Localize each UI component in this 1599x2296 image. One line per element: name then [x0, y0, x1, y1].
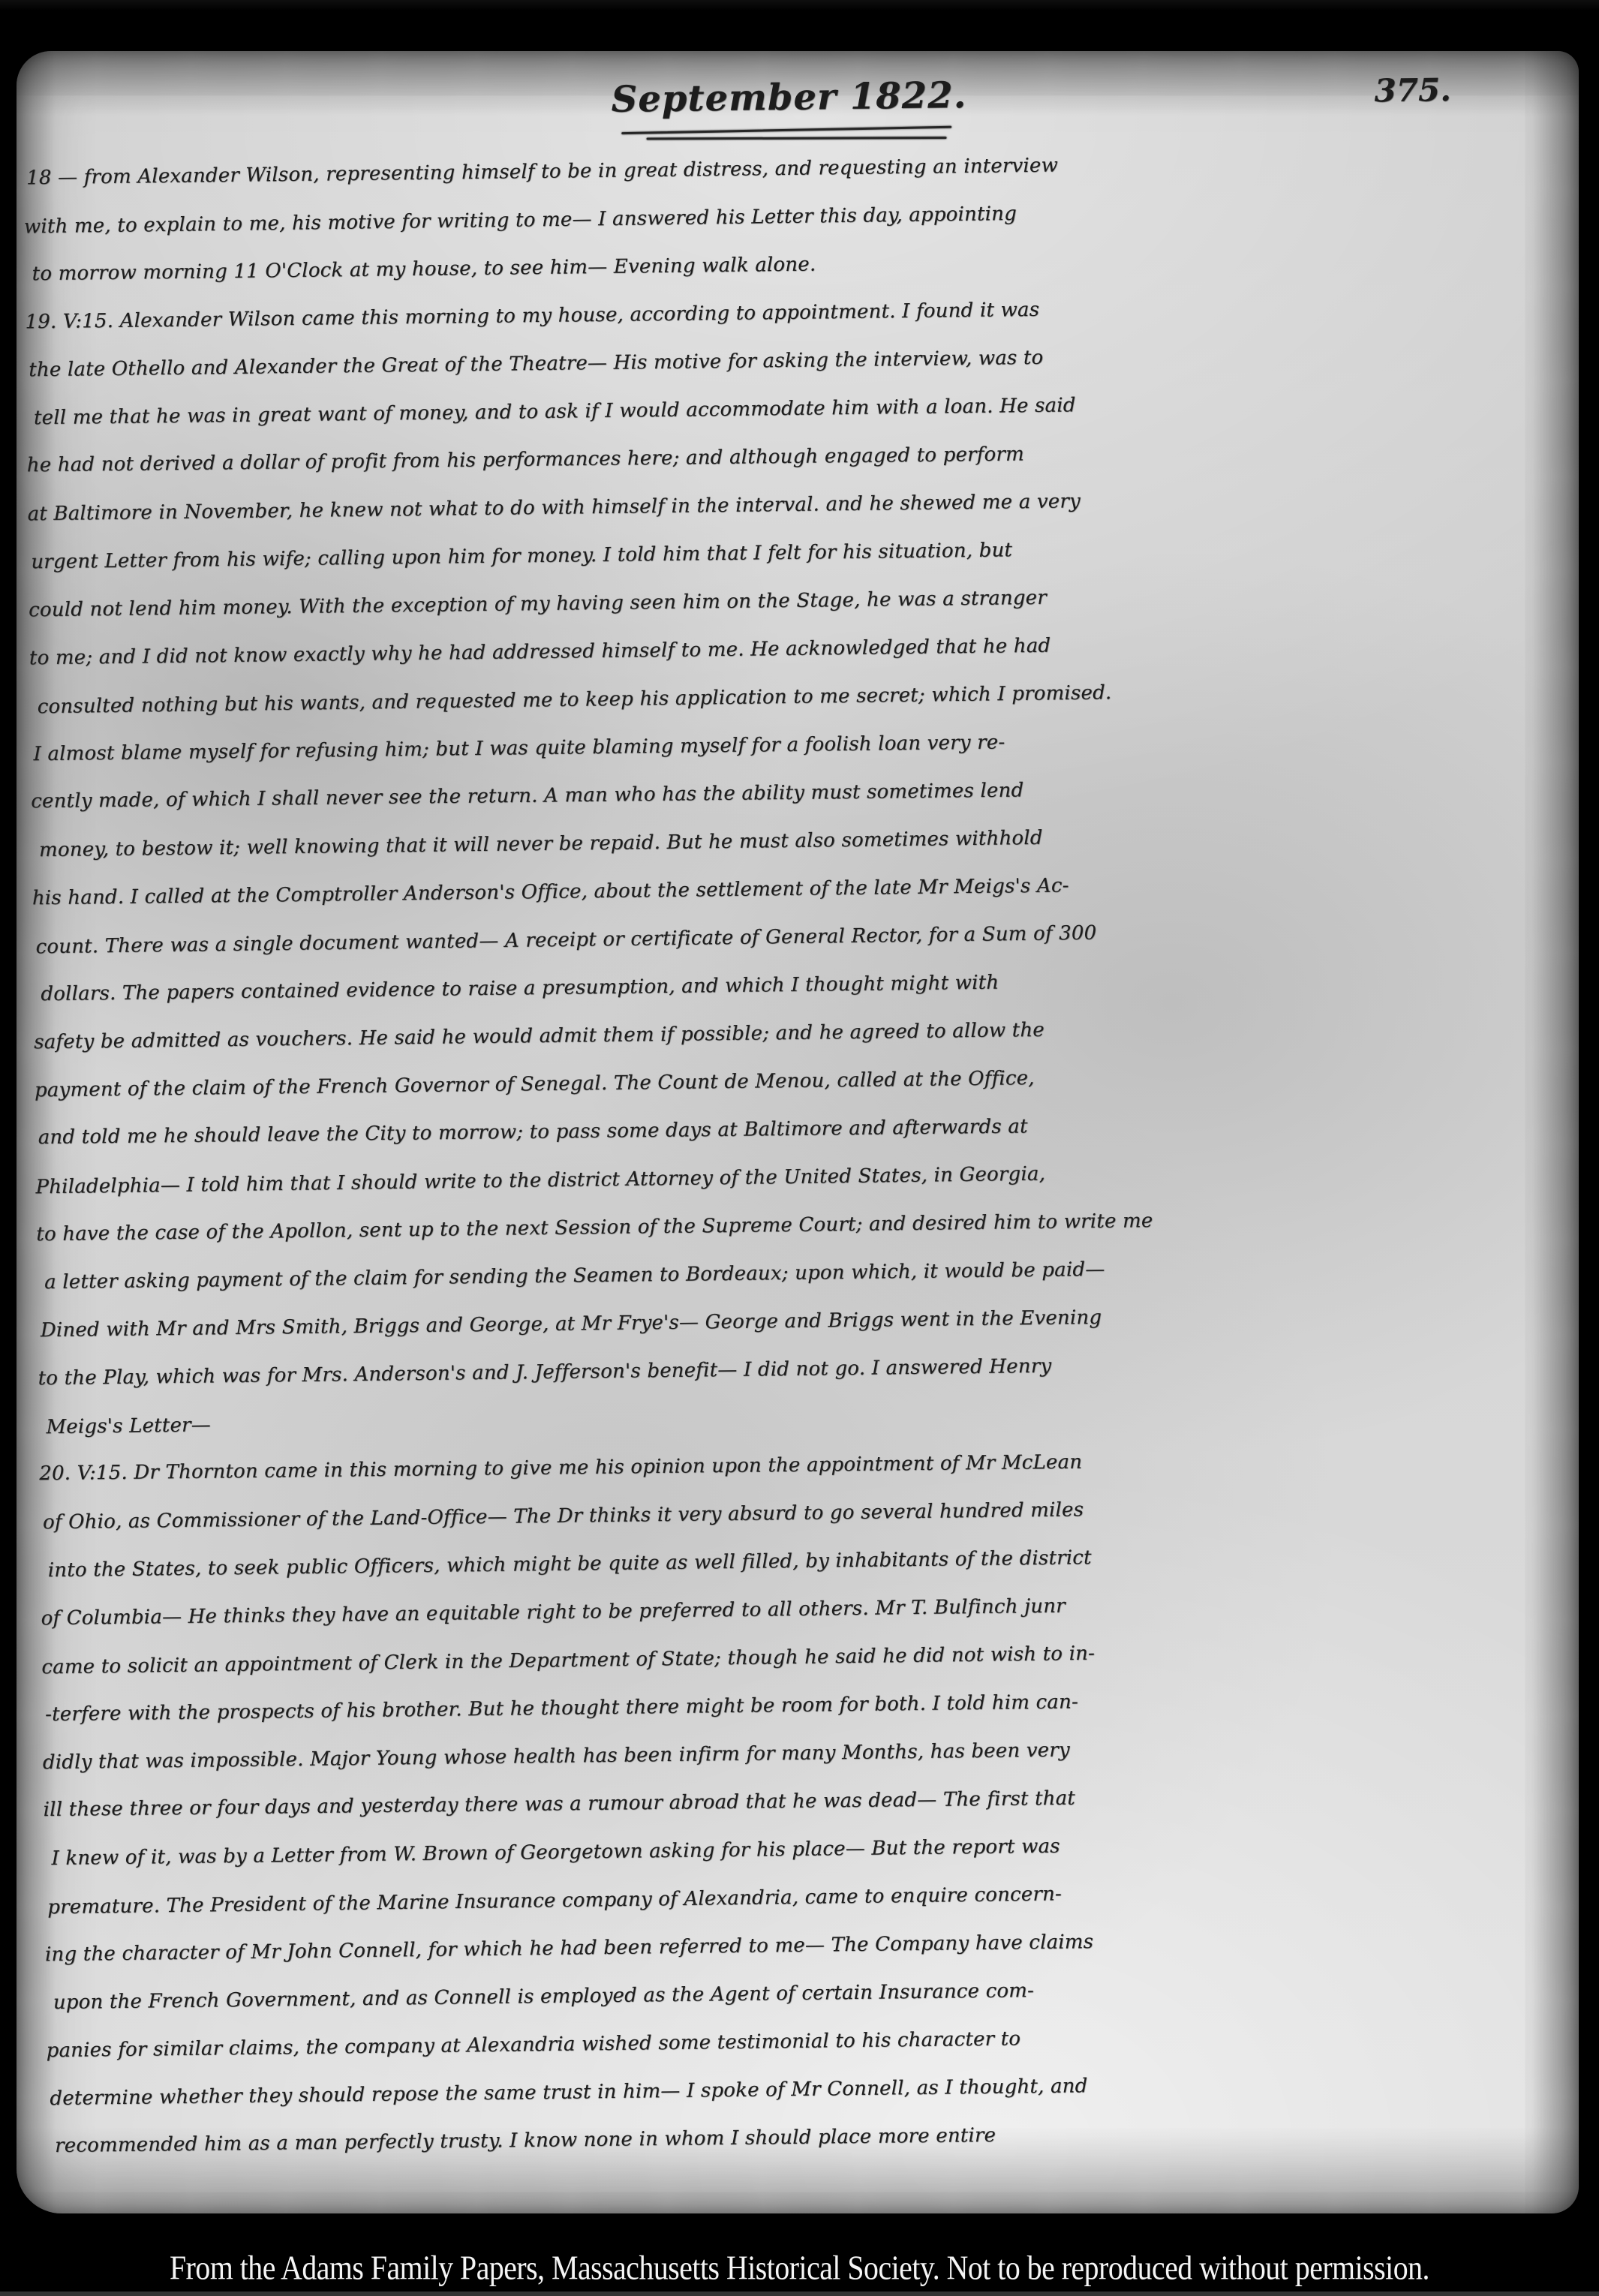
title-underline — [621, 126, 951, 134]
ink-layer: September 1822. 375. 18 — from Alexander… — [17, 51, 1579, 2213]
manuscript-lines: 18 — from Alexander Wilson, representing… — [23, 135, 1579, 2171]
film-bottom-edge — [0, 2291, 1599, 2296]
film-frame: September 1822. 375. 18 — from Alexander… — [0, 0, 1599, 2296]
page-title: September 1822. — [611, 74, 966, 121]
page-number: 375. — [1374, 71, 1451, 109]
title-underline — [647, 137, 947, 140]
credit-line: From the Adams Family Papers, Massachuse… — [24, 2247, 1575, 2288]
manuscript-page: September 1822. 375. 18 — from Alexander… — [17, 51, 1579, 2213]
